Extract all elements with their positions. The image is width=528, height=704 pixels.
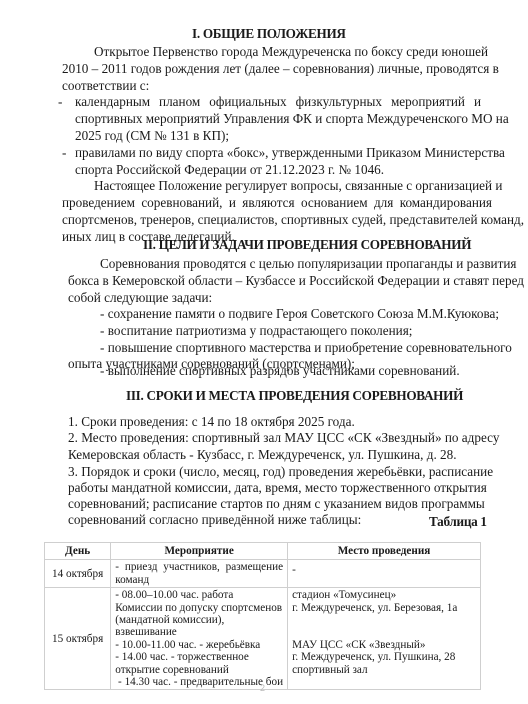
cell-place: стадион «Томусинец» г. Междуреченск, ул.… <box>288 588 481 690</box>
section-2-paragraph-line: Соревнования проводятся с целью популяри… <box>100 257 492 271</box>
section-3-line: 1. Сроки проведения: с 14 по 18 октября … <box>68 415 355 429</box>
event-line: - 14.30 час. - предварительные бои <box>115 676 283 688</box>
cell-event: - приезд участников, размещение команд <box>111 560 288 588</box>
bullet-1-line: 2025 год (СМ № 131 в КП); <box>75 129 229 143</box>
place-line: стадион «Томусинец» <box>292 589 476 601</box>
section-3-line: 2. Место проведения: спортивный зал МАУ … <box>68 431 480 445</box>
section-3-line: соревнований; расписание стартов по дням… <box>68 497 480 511</box>
table-header-row: День Мероприятие Место проведения <box>45 543 481 560</box>
bullet-marker: - <box>62 146 66 160</box>
section-3-title: III. СРОКИ И МЕСТА ПРОВЕДЕНИЯ СОРЕВНОВАН… <box>126 389 463 403</box>
event-line: - 10.00-11.00 час. - жеребьёвка <box>115 639 283 651</box>
event-line: - 14.00 час. - торжественное открытие со… <box>115 651 283 676</box>
event-line: - приезд участников, размещение команд <box>115 561 283 586</box>
cell-day: 14 октября <box>45 560 111 588</box>
place-line: - <box>292 561 476 576</box>
table-row: 15 октября - 08.00–10.00 час. работа Ком… <box>45 588 481 690</box>
section-1-paragraph-2-line: проведением соревнований, и являются осн… <box>62 196 492 210</box>
section-3-line: Кемеровская область - Кузбасс, г. Междур… <box>68 448 457 462</box>
section-3-line: работы мандатной комиссии, дата, время, … <box>68 481 480 495</box>
bullet-marker: - <box>58 95 62 109</box>
document-page: I. ОБЩИЕ ПОЛОЖЕНИЯ Открытое Первенство г… <box>0 0 528 704</box>
bullet-2-line: правилами по виду спорта «бокс», утвержд… <box>75 146 505 160</box>
task-item: - выполнение спортивных разрядов участни… <box>100 364 460 378</box>
cell-place: - <box>288 560 481 588</box>
place-line: г. Междуреченск, ул. Березовая, 1а <box>292 602 476 614</box>
place-line: МАУ ЦСС «СК «Звездный» <box>292 639 476 651</box>
section-3-line: 3. Порядок и сроки (число, месяц, год) п… <box>68 465 480 479</box>
section-3-line: соревнований согласно приведённой ниже т… <box>68 513 361 527</box>
task-item: - сохранение памяти о подвиге Героя Сове… <box>100 307 499 321</box>
place-spacer <box>292 626 476 638</box>
table-row: 14 октября - приезд участников, размещен… <box>45 560 481 588</box>
section-1-title: I. ОБЩИЕ ПОЛОЖЕНИЯ <box>192 27 346 41</box>
task-item: - повышение спортивного мастерства и при… <box>100 341 492 355</box>
schedule-table: День Мероприятие Место проведения 14 окт… <box>44 542 481 690</box>
section-1-paragraph-2-line: спортсменов, тренеров, специалистов, спо… <box>62 213 492 227</box>
cell-event: - 08.00–10.00 час. работа Комиссии по до… <box>111 588 288 690</box>
section-2-title: II. ЦЕЛИ И ЗАДАЧИ ПРОВЕДЕНИЯ СОРЕВНОВАНИ… <box>143 238 471 252</box>
section-1-paragraph-2-line: Настоящее Положение регулирует вопросы, … <box>94 179 492 193</box>
place-line: г. Междуреченск, ул. Пушкина, 28 <box>292 651 476 663</box>
header-event: Мероприятие <box>111 543 288 560</box>
section-1-paragraph-line: соответствии с: <box>62 79 149 93</box>
header-place: Место проведения <box>288 543 481 560</box>
bullet-1-line: календарным планом официальных физкульту… <box>75 95 481 109</box>
bullet-1-line: спортивных мероприятий Управления ФК и с… <box>75 112 509 126</box>
header-day: День <box>45 543 111 560</box>
section-2-paragraph-line: бокса в Кемеровской области – Кузбассе и… <box>68 274 492 288</box>
place-line: спортивный зал <box>292 664 476 676</box>
section-2-paragraph-line: собой следующие задачи: <box>68 291 212 305</box>
page-number: 2 <box>260 683 265 693</box>
event-line: - 08.00–10.00 час. работа Комиссии по до… <box>115 589 283 639</box>
task-item: - воспитание патриотизма у подрастающего… <box>100 324 412 338</box>
section-1-paragraph-line: 2010 – 2011 годов рождения лет (далее – … <box>62 62 481 76</box>
section-1-paragraph-line: Открытое Первенство города Междуреченска… <box>94 45 481 59</box>
place-spacer <box>292 614 476 626</box>
table-caption: Таблица 1 <box>429 515 487 529</box>
bullet-2-line: спорта Российской Федерации от 21.12.202… <box>75 163 384 177</box>
cell-day: 15 октября <box>45 588 111 690</box>
